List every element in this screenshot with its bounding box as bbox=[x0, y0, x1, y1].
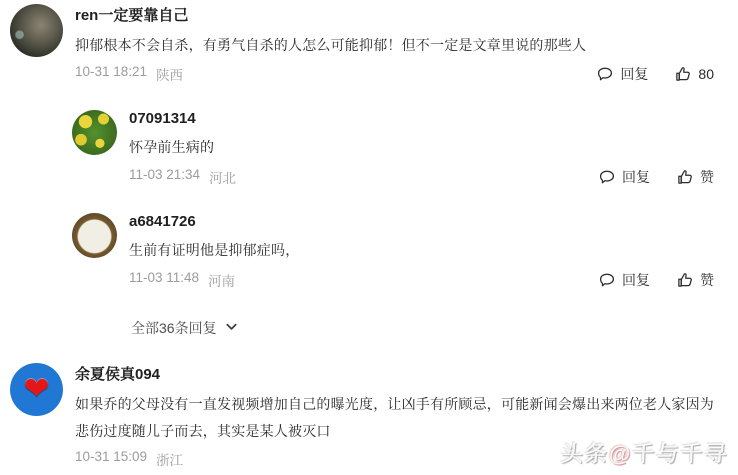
comment-date: 10-31 18:21 bbox=[75, 64, 147, 84]
comment-text: 生前有证明他是抑郁症吗， bbox=[129, 238, 714, 262]
reply-item: a6841726 生前有证明他是抑郁症吗， 11-03 11:48 河南 回复 bbox=[72, 211, 714, 290]
comment-text: 抑郁根本不会自杀，有勇气自杀的人怎么可能抑郁！但不一定是文章里说的那些人 bbox=[75, 32, 714, 58]
thumbs-up-icon bbox=[676, 271, 694, 289]
expand-replies-button[interactable]: 全部36条回复 bbox=[72, 318, 714, 338]
comment-timestamp: 10-31 18:21 陕西 bbox=[75, 64, 183, 84]
comment-timestamp: 11-03 21:34 河北 bbox=[129, 167, 236, 187]
watermark-name: 千与千寻 bbox=[631, 441, 728, 466]
like-button[interactable]: 赞 bbox=[676, 270, 714, 290]
expand-replies-label: 全部36条回复 bbox=[131, 318, 217, 338]
reply-button[interactable]: 回复 bbox=[598, 167, 650, 187]
reply-label: 回复 bbox=[622, 167, 650, 187]
comment-timestamp: 11-03 11:48 河南 bbox=[129, 270, 235, 290]
like-label: 赞 bbox=[700, 270, 714, 290]
comment-username[interactable]: ren一定要靠自己 bbox=[75, 6, 714, 26]
user-avatar[interactable] bbox=[10, 4, 63, 57]
user-avatar[interactable] bbox=[72, 110, 117, 155]
comment-bubble-icon bbox=[596, 65, 614, 83]
heart-icon: ❤ bbox=[24, 373, 50, 404]
user-avatar[interactable] bbox=[72, 213, 117, 258]
reply-button[interactable]: 回复 bbox=[598, 270, 650, 290]
reply-label: 回复 bbox=[622, 270, 650, 290]
comment-username[interactable]: 07091314 bbox=[129, 110, 714, 128]
comment-location: 河北 bbox=[209, 167, 236, 187]
comment-location: 河南 bbox=[208, 270, 235, 290]
reply-button[interactable]: 回复 bbox=[596, 64, 648, 84]
thumbs-up-icon bbox=[676, 168, 694, 186]
comment-text: 怀孕前生病的 bbox=[129, 135, 714, 159]
comment-date: 11-03 11:48 bbox=[129, 270, 199, 290]
comment-item: ren一定要靠自己 抑郁根本不会自杀，有勇气自杀的人怎么可能抑郁！但不一定是文章… bbox=[10, 4, 714, 84]
watermark-prefix: 头条 bbox=[560, 441, 609, 466]
chevron-down-icon bbox=[224, 319, 239, 337]
watermark: 头条@千与千寻 bbox=[560, 437, 729, 468]
reply-item: 07091314 怀孕前生病的 11-03 21:34 河北 回复 bbox=[72, 108, 714, 187]
like-button[interactable]: 80 bbox=[674, 65, 714, 83]
comment-bubble-icon bbox=[598, 271, 616, 289]
comment-location: 陕西 bbox=[156, 64, 183, 84]
comment-bubble-icon bbox=[598, 168, 616, 186]
comment-timestamp: 10-31 15:09 浙江 bbox=[75, 449, 183, 469]
comment-username[interactable]: a6841726 bbox=[129, 213, 714, 231]
watermark-at-icon: @ bbox=[608, 441, 633, 466]
thumbs-up-icon bbox=[674, 65, 692, 83]
comment-username[interactable]: 余夏侯真094 bbox=[75, 365, 714, 385]
like-button[interactable]: 赞 bbox=[676, 167, 714, 187]
like-label: 赞 bbox=[700, 167, 714, 187]
comment-date: 11-03 21:34 bbox=[129, 167, 200, 187]
reply-label: 回复 bbox=[620, 64, 648, 84]
comment-date: 10-31 15:09 bbox=[75, 449, 147, 469]
replies-list: 07091314 怀孕前生病的 11-03 21:34 河北 回复 bbox=[72, 108, 714, 338]
comment-location: 浙江 bbox=[156, 449, 183, 469]
like-count: 80 bbox=[698, 66, 714, 82]
user-avatar[interactable]: ❤ bbox=[10, 363, 63, 416]
